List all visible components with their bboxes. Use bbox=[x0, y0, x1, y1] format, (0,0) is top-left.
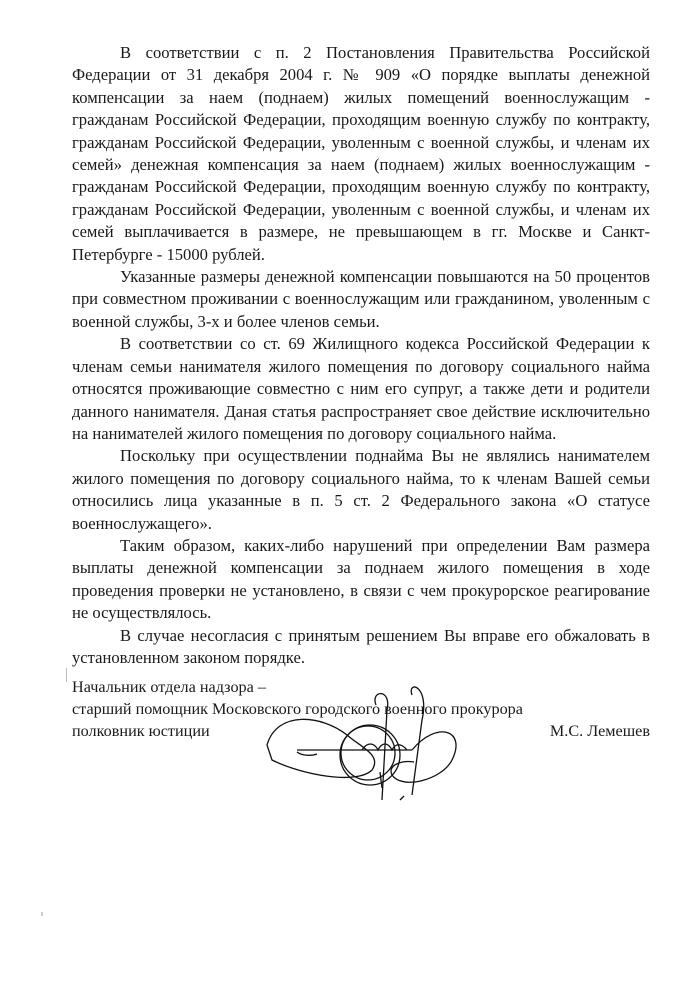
document-page: В соответствии с п. 2 Постановления Прав… bbox=[0, 0, 695, 1000]
paragraph-family-members: Поскольку при осуществлении поднайма Вы … bbox=[72, 445, 650, 535]
paragraph-compensation-rules: В соответствии с п. 2 Постановления Прав… bbox=[72, 42, 650, 266]
scan-artifact bbox=[66, 668, 67, 682]
letter-body: В соответствии с п. 2 Постановления Прав… bbox=[72, 42, 650, 669]
paragraph-appeal-rights: В случае несогласия с принятым решением … bbox=[72, 625, 650, 670]
scan-artifact bbox=[99, 520, 105, 521]
paragraph-conclusion: Таким образом, каких-либо нарушений при … bbox=[72, 535, 650, 625]
paragraph-housing-code: В соответствии со ст. 69 Жилищного кодек… bbox=[72, 333, 650, 445]
handwritten-signature-icon bbox=[262, 680, 462, 820]
signatory-name: М.С. Лемешев bbox=[550, 722, 650, 741]
signatory-rank: полковник юстиции bbox=[72, 722, 210, 741]
paragraph-compensation-increase: Указанные размеры денежной компенсации п… bbox=[72, 266, 650, 333]
scan-artifact bbox=[41, 912, 43, 916]
